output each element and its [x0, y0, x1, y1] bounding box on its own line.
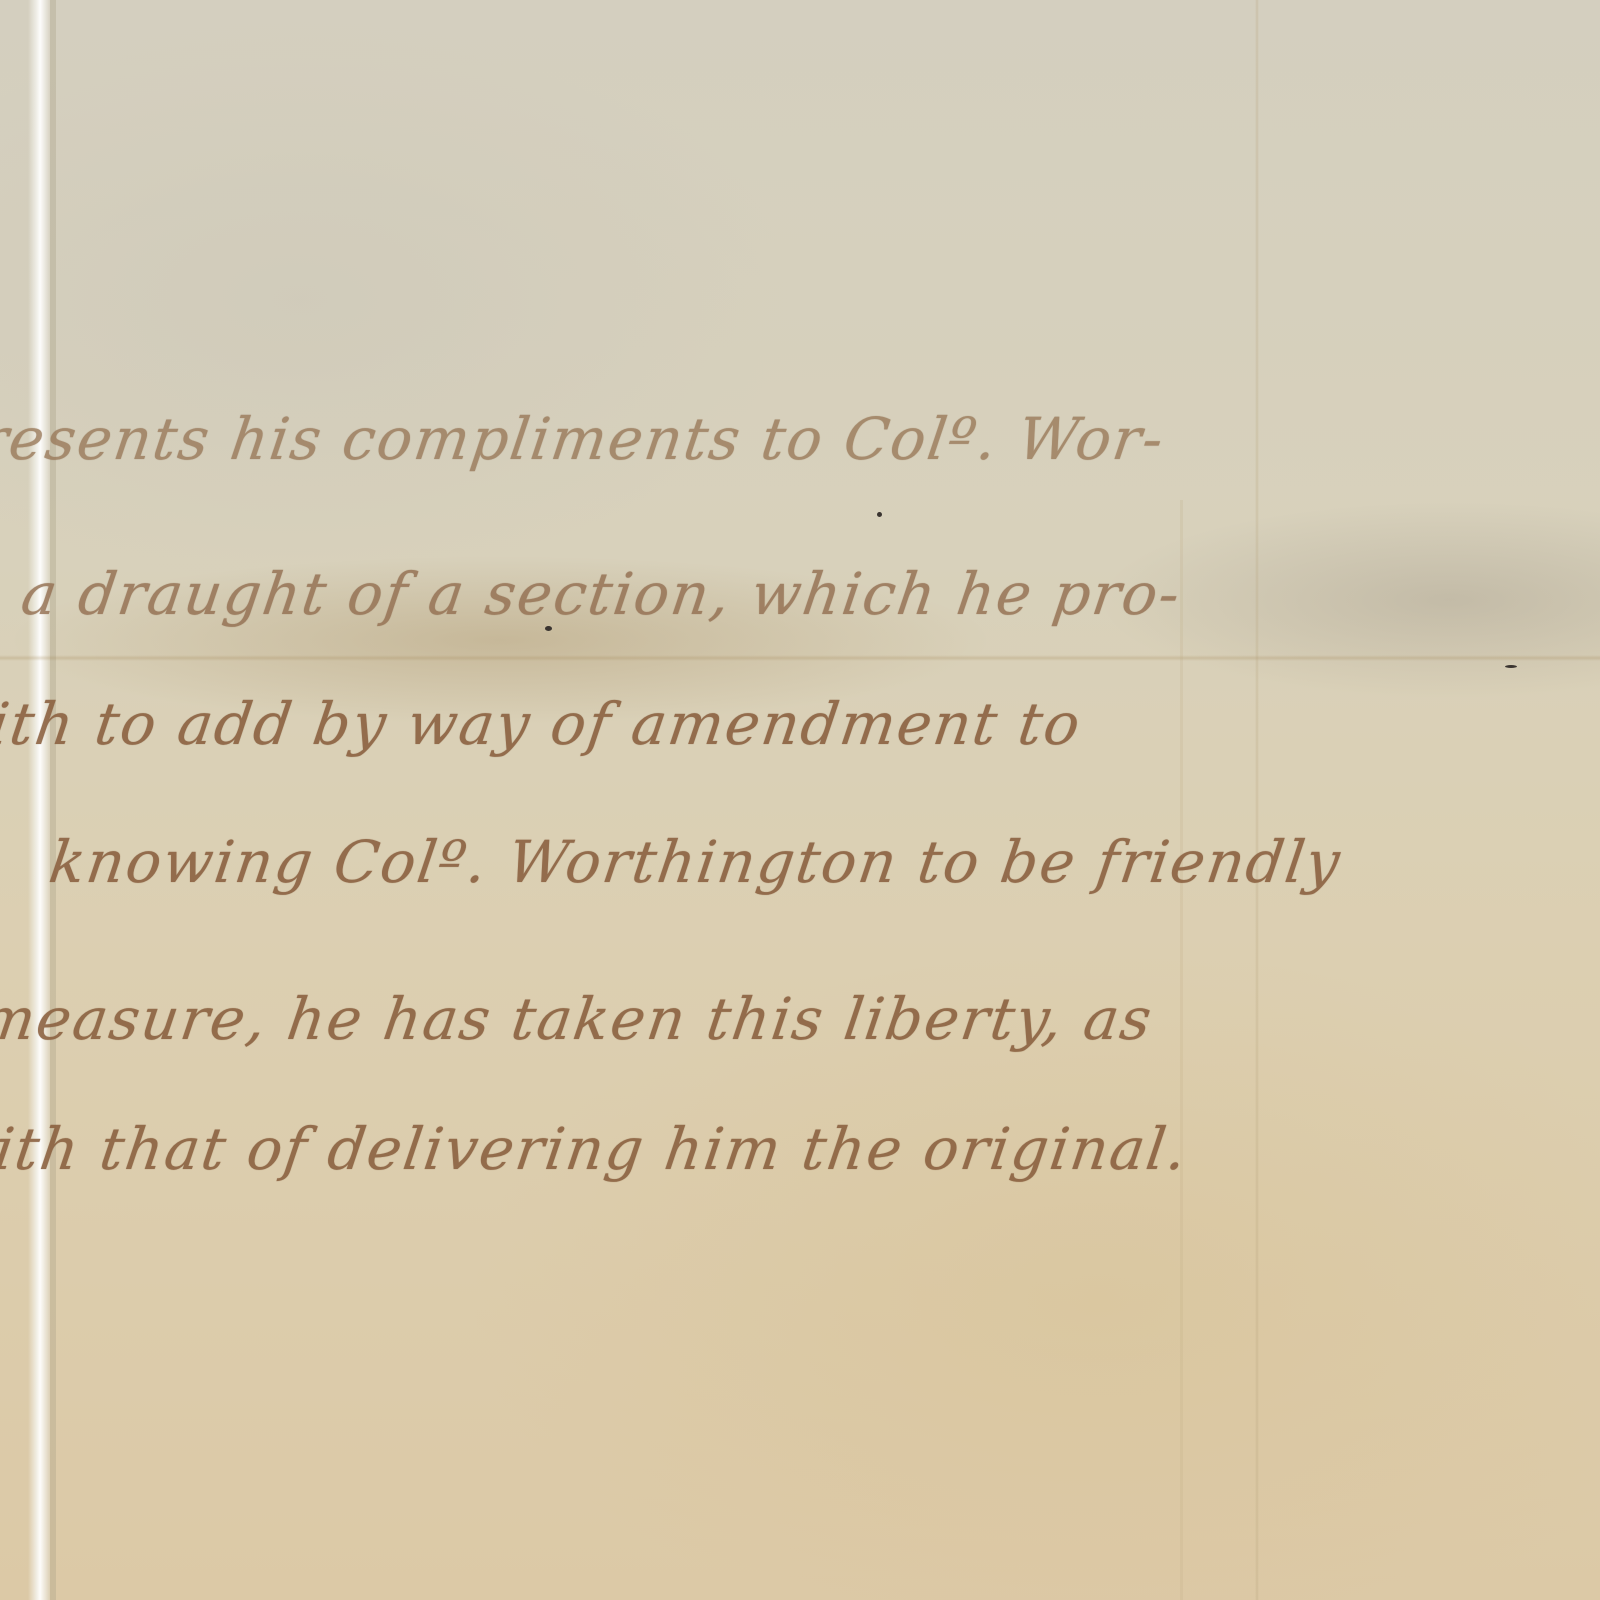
left-fold-crease [28, 0, 50, 1600]
left-fold-shadow [50, 0, 56, 1600]
letter-page: resents his compliments to Colº. Wor- s … [0, 0, 1600, 1600]
handwritten-line-2: s a draught of a section, which he pro- [0, 560, 1186, 628]
ink-speck [877, 512, 882, 517]
vertical-fold-faint [1180, 500, 1183, 1600]
handwritten-line-5: measure, he has taken this liberty, as [0, 985, 1157, 1053]
handwritten-line-4: knowing Colº. Worthington to be friendly [45, 828, 1346, 896]
ink-speck [1505, 665, 1517, 668]
handwritten-line-3: ith to add by way of amendment to [0, 690, 1086, 758]
handwritten-line-1: resents his compliments to Colº. Wor- [0, 405, 1169, 473]
handwritten-line-6: ith that of delivering him the original. [0, 1115, 1193, 1183]
horizontal-fold-stain [0, 655, 1600, 661]
vertical-fold-crease [1255, 0, 1259, 1600]
